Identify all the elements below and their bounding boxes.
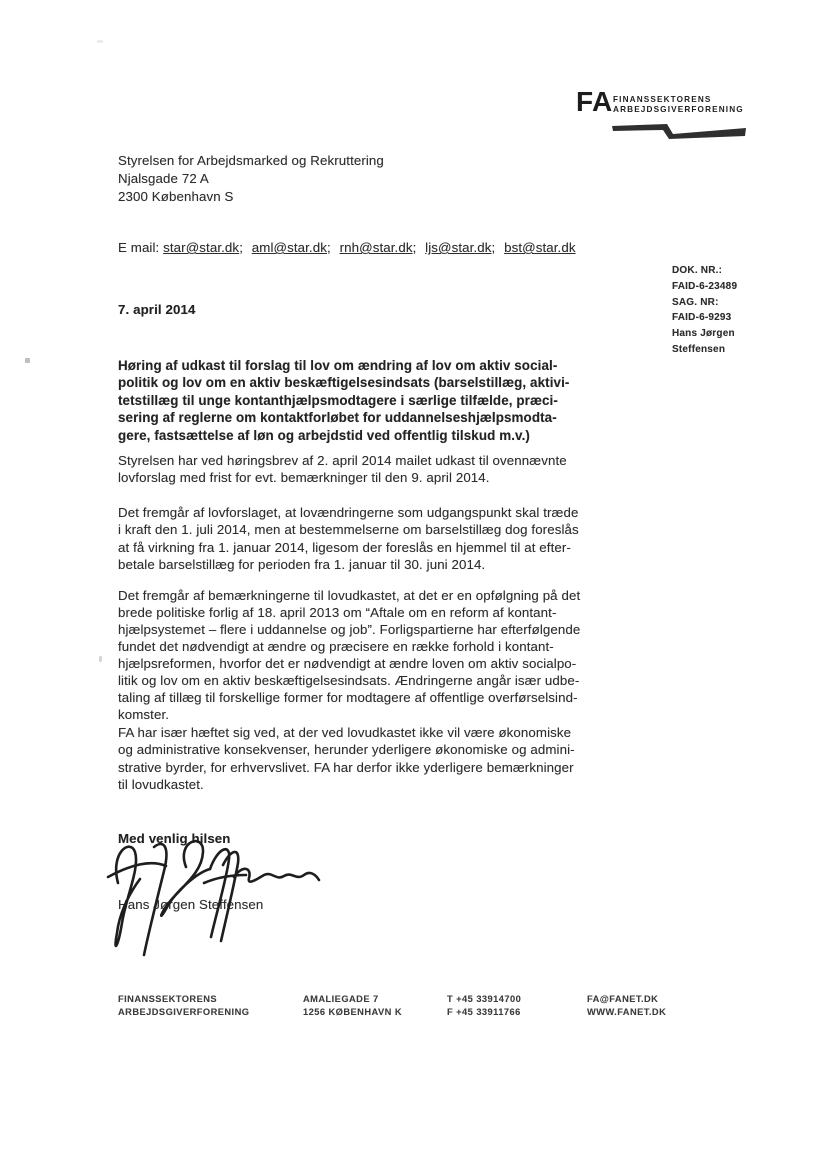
letter-date: 7. april 2014 bbox=[118, 301, 195, 318]
email-line: E mail: star@star.dk; aml@star.dk; rnh@s… bbox=[118, 239, 576, 256]
recipient-address: Styrelsen for Arbejdsmarked og Rekrutter… bbox=[118, 152, 384, 206]
email-link[interactable]: rnh@star.dk bbox=[340, 240, 413, 255]
scan-artifact bbox=[97, 40, 103, 43]
email-link[interactable]: star@star.dk bbox=[163, 240, 239, 255]
scanned-letter-page: FA FINANSSEKTORENS ARBEJDSGIVERFORENING … bbox=[0, 0, 828, 1169]
body-paragraph-1: Styrelsen har ved høringsbrev af 2. apri… bbox=[118, 452, 683, 487]
email-label: E mail: bbox=[118, 240, 159, 255]
signature-scribble bbox=[106, 835, 321, 960]
scan-artifact bbox=[99, 656, 102, 662]
email-link[interactable]: bst@star.dk bbox=[504, 240, 576, 255]
footer-web: FA@FANET.DK WWW.FANET.DK bbox=[587, 993, 666, 1019]
footer-address: AMALIEGADE 7 1256 KØBENHAVN K bbox=[303, 993, 402, 1019]
email-separator: ; bbox=[492, 240, 496, 255]
fa-logo-org-name: FINANSSEKTORENS ARBEJDSGIVERFORENING bbox=[613, 95, 744, 115]
footer-phone: T +45 33914700 F +45 33911766 bbox=[447, 993, 521, 1019]
subject-heading: Høring af udkast til forslag til lov om … bbox=[118, 357, 683, 444]
body-paragraph-4: FA har især hæftet sig ved, at der ved l… bbox=[118, 724, 683, 793]
sag-nr-value: FAID-6-9293 bbox=[672, 310, 737, 326]
dok-nr-label: DOK. NR.: bbox=[672, 263, 737, 279]
contact-name-line2: Steffensen bbox=[672, 342, 737, 358]
email-separator: ; bbox=[413, 240, 417, 255]
email-link[interactable]: ljs@star.dk bbox=[425, 240, 491, 255]
sag-nr-label: SAG. NR: bbox=[672, 295, 737, 311]
footer-org: FINANSSEKTORENS ARBEJDSGIVERFORENING bbox=[118, 993, 249, 1019]
fa-logo-org-line2: ARBEJDSGIVERFORENING bbox=[613, 105, 744, 115]
body-paragraph-3: Det fremgår af bemærkningerne til lovudk… bbox=[118, 587, 688, 723]
email-separator: ; bbox=[239, 240, 243, 255]
contact-name-line1: Hans Jørgen bbox=[672, 326, 737, 342]
fa-logo-bar-icon bbox=[611, 122, 747, 139]
fa-logo-org-line1: FINANSSEKTORENS bbox=[613, 95, 744, 105]
email-separator: ; bbox=[327, 240, 331, 255]
email-link[interactable]: aml@star.dk bbox=[252, 240, 327, 255]
scan-artifact bbox=[25, 358, 30, 363]
reference-block: DOK. NR.: FAID-6-23489 SAG. NR: FAID-6-9… bbox=[672, 263, 737, 358]
body-paragraph-2: Det fremgår af lovforslaget, at lovændri… bbox=[118, 504, 683, 573]
fa-logo-monogram: FA bbox=[576, 90, 613, 114]
dok-nr-value: FAID-6-23489 bbox=[672, 279, 737, 295]
